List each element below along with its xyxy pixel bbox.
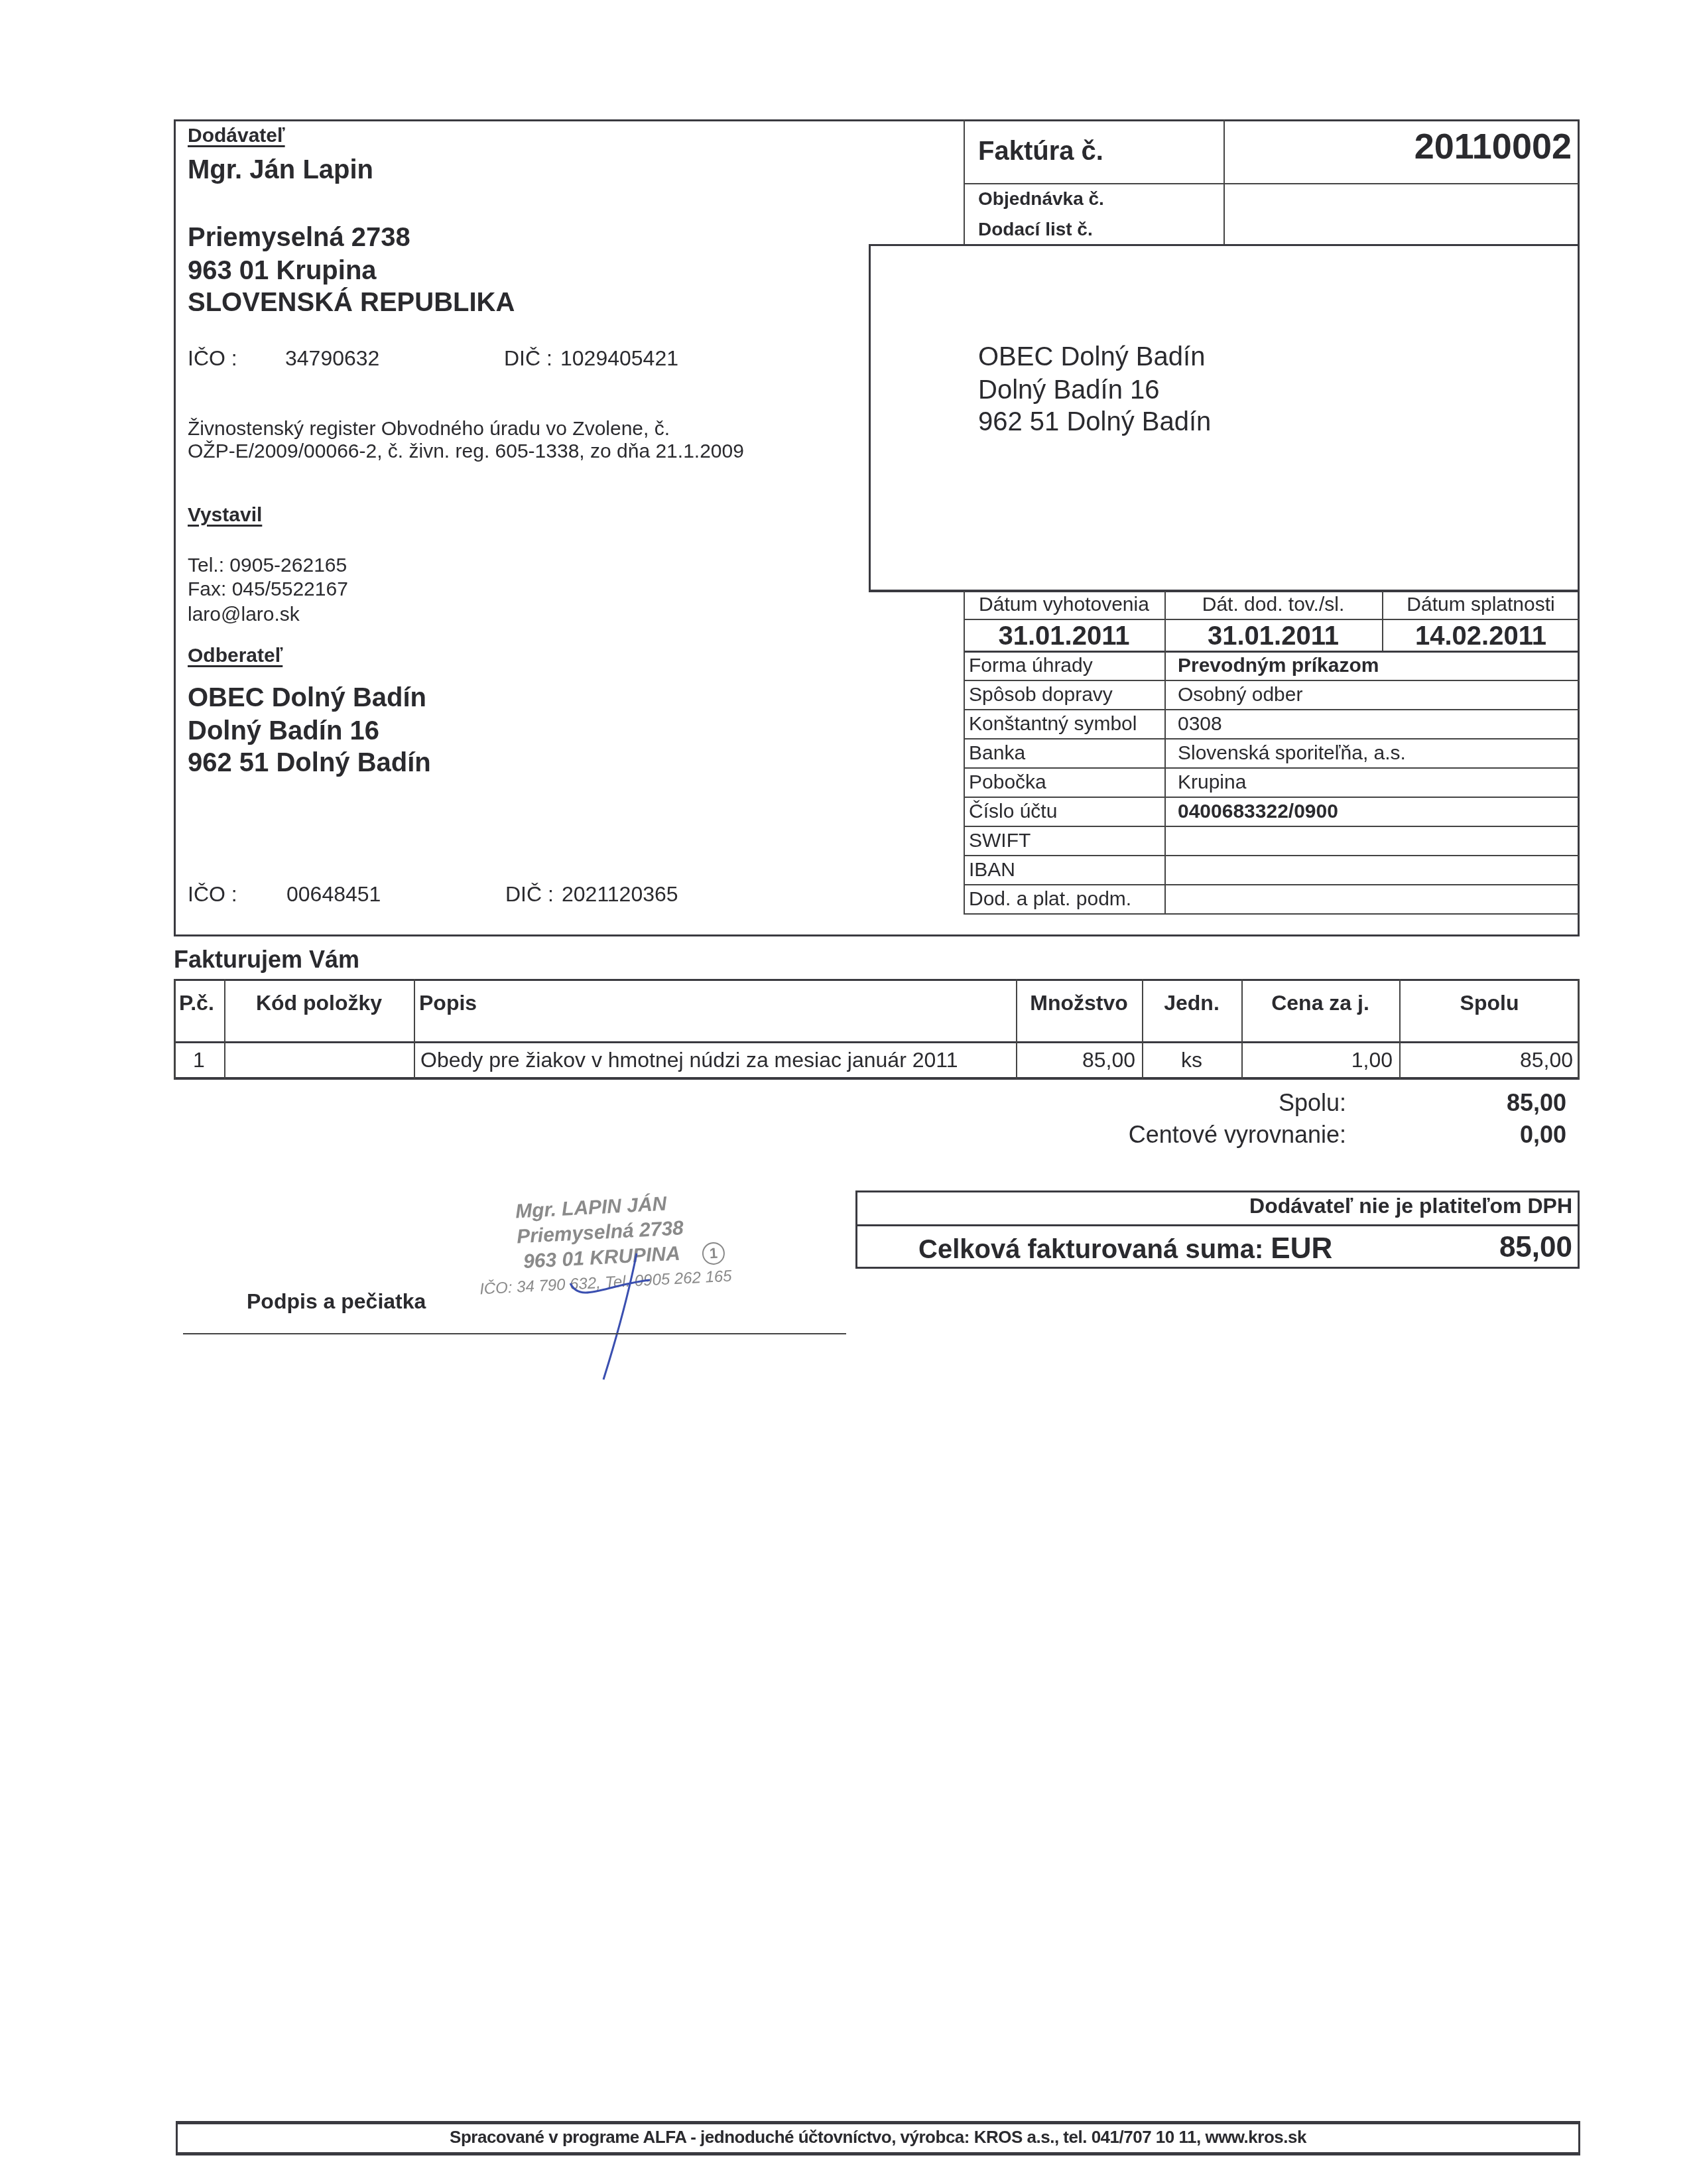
payment-label-3: Banka xyxy=(969,742,1025,765)
supplier-name: Mgr. Ján Lapin xyxy=(188,155,373,185)
supplier-register-line2: OŽP-E/2009/00066-2, č. živn. reg. 605-13… xyxy=(188,440,744,463)
address-line1: OBEC Dolný Badín xyxy=(978,342,1205,372)
payment-label-1: Spôsob dopravy xyxy=(969,684,1113,706)
frame-left xyxy=(174,119,176,936)
items-cell-0-0: 1 xyxy=(180,1048,218,1072)
customer-name: OBEC Dolný Badín xyxy=(188,683,426,713)
supplier-dic-label: DIČ : xyxy=(504,346,552,371)
supplier-register-line1: Živnostenský register Obvodného úradu vo… xyxy=(188,418,670,440)
handwritten-signature-icon xyxy=(564,1247,670,1393)
issuer-email: laro@laro.sk xyxy=(188,604,300,626)
footer-box: Spracované v programe ALFA - jednoduché … xyxy=(176,2121,1580,2155)
dates-left-border xyxy=(964,591,965,651)
rounding-label: Centové vyrovnanie: xyxy=(1061,1121,1346,1149)
payment-row-rule xyxy=(964,709,1580,710)
customer-dic: 2021120365 xyxy=(562,882,678,907)
invoice-box-left xyxy=(964,119,965,245)
payment-value-5: 0400683322/0900 xyxy=(1178,801,1338,823)
address-line3: 962 51 Dolný Badín xyxy=(978,407,1211,437)
address-line2: Dolný Badín 16 xyxy=(978,375,1160,405)
invoice-number-label: Faktúra č. xyxy=(978,137,1103,166)
items-cell-0-6: 85,00 xyxy=(1406,1048,1573,1072)
issuer-fax: Fax: 045/5522167 xyxy=(188,578,348,601)
footer-text: Spracované v programe ALFA - jednoduché … xyxy=(178,2127,1578,2148)
payment-value-4: Krupina xyxy=(1178,771,1246,794)
order-number-label: Objednávka č. xyxy=(978,188,1104,210)
grand-total-label: Celková fakturovaná suma: EUR xyxy=(918,1232,1332,1265)
items-header-0: P.č. xyxy=(179,991,219,1015)
date-header-1: Dát. dod. tov./sl. xyxy=(1164,594,1382,616)
dates-divider-2 xyxy=(1382,591,1383,651)
payment-label-2: Konštantný symbol xyxy=(969,713,1137,736)
items-header-6: Spolu xyxy=(1405,991,1574,1015)
payment-row-rule xyxy=(964,884,1580,885)
address-box-bottom xyxy=(869,590,1580,592)
payment-label-7: IBAN xyxy=(969,859,1015,881)
grand-total-label-text: Celková fakturovaná suma: xyxy=(918,1235,1263,1264)
date-header-rule xyxy=(964,619,1580,620)
supplier-country: SLOVENSKÁ REPUBLIKA xyxy=(188,288,515,318)
grand-total-value: 85,00 xyxy=(1499,1231,1572,1264)
customer-ico-label: IČO : xyxy=(188,882,237,907)
invoice-box-divider xyxy=(1223,119,1225,245)
payment-row-rule xyxy=(964,855,1580,856)
payment-left-border xyxy=(964,651,965,913)
payment-row-rule xyxy=(964,767,1580,769)
items-col-divider xyxy=(1241,979,1243,1079)
grand-total-rule xyxy=(857,1224,1578,1226)
invoice-number: 20110002 xyxy=(1233,126,1572,167)
items-bottom-border xyxy=(174,1077,1580,1080)
rounding-value: 0,00 xyxy=(1393,1121,1566,1149)
items-top-border xyxy=(174,979,1580,981)
date-value-1: 31.01.2011 xyxy=(1164,621,1382,651)
payment-label-8: Dod. a plat. podm. xyxy=(969,888,1131,911)
payment-value-0: Prevodným príkazom xyxy=(1178,655,1379,677)
signature-line xyxy=(183,1333,846,1334)
supplier-dic: 1029405421 xyxy=(560,346,678,371)
vat-note: Dodávateľ nie je platiteľom DPH xyxy=(1249,1194,1572,1218)
supplier-city: 963 01 Krupina xyxy=(188,256,377,286)
payment-row-rule xyxy=(964,797,1580,798)
payment-label-0: Forma úhrady xyxy=(969,655,1093,677)
payment-divider xyxy=(1164,651,1166,913)
items-col-divider xyxy=(414,979,415,1079)
delivery-note-label: Dodací list č. xyxy=(978,219,1093,240)
items-col-divider xyxy=(224,979,225,1079)
invoice-box-rule xyxy=(964,183,1579,184)
supplier-ico-label: IČO : xyxy=(188,346,237,371)
items-cell-0-4: ks xyxy=(1149,1048,1235,1072)
grand-total-currency: EUR xyxy=(1271,1232,1332,1265)
customer-dic-label: DIČ : xyxy=(505,882,554,907)
date-header-2: Dátum splatnosti xyxy=(1382,594,1580,616)
payment-value-3: Slovenská sporiteľňa, a.s. xyxy=(1178,742,1406,765)
items-header-5: Cena za j. xyxy=(1247,991,1394,1015)
date-value-rule xyxy=(964,651,1580,653)
supplier-street: Priemyselná 2738 xyxy=(188,223,410,253)
address-box-top xyxy=(869,244,1580,246)
dates-divider-1 xyxy=(1164,591,1166,651)
items-header-3: Množstvo xyxy=(1021,991,1137,1015)
customer-city: 962 51 Dolný Badín xyxy=(188,748,431,778)
frame-right xyxy=(1578,119,1580,936)
customer-heading: Odberateľ xyxy=(188,645,282,667)
items-col-divider xyxy=(1142,979,1143,1079)
items-col-divider xyxy=(1399,979,1401,1079)
payment-row-rule xyxy=(964,680,1580,681)
frame-bottom xyxy=(174,934,1580,936)
issuer-tel: Tel.: 0905-262165 xyxy=(188,554,347,577)
date-header-0: Dátum vyhotovenia xyxy=(964,594,1164,616)
items-header-4: Jedn. xyxy=(1147,991,1236,1015)
supplier-ico: 34790632 xyxy=(285,346,379,371)
stamp-circle-icon: 1 xyxy=(702,1242,725,1265)
customer-street: Dolný Badín 16 xyxy=(188,716,379,746)
items-header-2: Popis xyxy=(419,991,1011,1015)
subtotal-value: 85,00 xyxy=(1393,1089,1566,1117)
signature-label: Podpis a pečiatka xyxy=(247,1289,426,1314)
payment-row-rule xyxy=(964,738,1580,739)
items-col-divider xyxy=(174,979,176,1079)
items-header-1: Kód položky xyxy=(229,991,408,1015)
items-header-rule xyxy=(174,1041,1580,1043)
payment-value-1: Osobný odber xyxy=(1178,684,1302,706)
items-col-divider xyxy=(1016,979,1017,1079)
items-section-title: Fakturujem Vám xyxy=(174,946,359,974)
payment-label-5: Číslo účtu xyxy=(969,801,1057,823)
address-box-left xyxy=(869,244,871,592)
subtotal-label: Spolu: xyxy=(1061,1089,1346,1117)
grand-total-box: Dodávateľ nie je platiteľom DPH Celková … xyxy=(855,1190,1580,1269)
payment-row-rule xyxy=(964,913,1580,915)
payment-label-4: Pobočka xyxy=(969,771,1046,794)
date-value-0: 31.01.2011 xyxy=(964,621,1164,651)
payment-row-rule xyxy=(964,826,1580,827)
payment-value-2: 0308 xyxy=(1178,713,1222,736)
items-cell-0-3: 85,00 xyxy=(1023,1048,1135,1072)
items-cell-0-2: Obedy pre žiakov v hmotnej núdzi za mesi… xyxy=(420,1048,1009,1072)
payment-label-6: SWIFT xyxy=(969,830,1031,852)
date-value-2: 14.02.2011 xyxy=(1382,621,1580,651)
items-col-divider xyxy=(1578,979,1580,1079)
issuer-heading: Vystavil xyxy=(188,504,262,527)
items-cell-0-5: 1,00 xyxy=(1248,1048,1393,1072)
supplier-heading: Dodávateľ xyxy=(188,125,285,147)
frame-top xyxy=(174,119,1580,121)
customer-ico: 00648451 xyxy=(286,882,381,907)
